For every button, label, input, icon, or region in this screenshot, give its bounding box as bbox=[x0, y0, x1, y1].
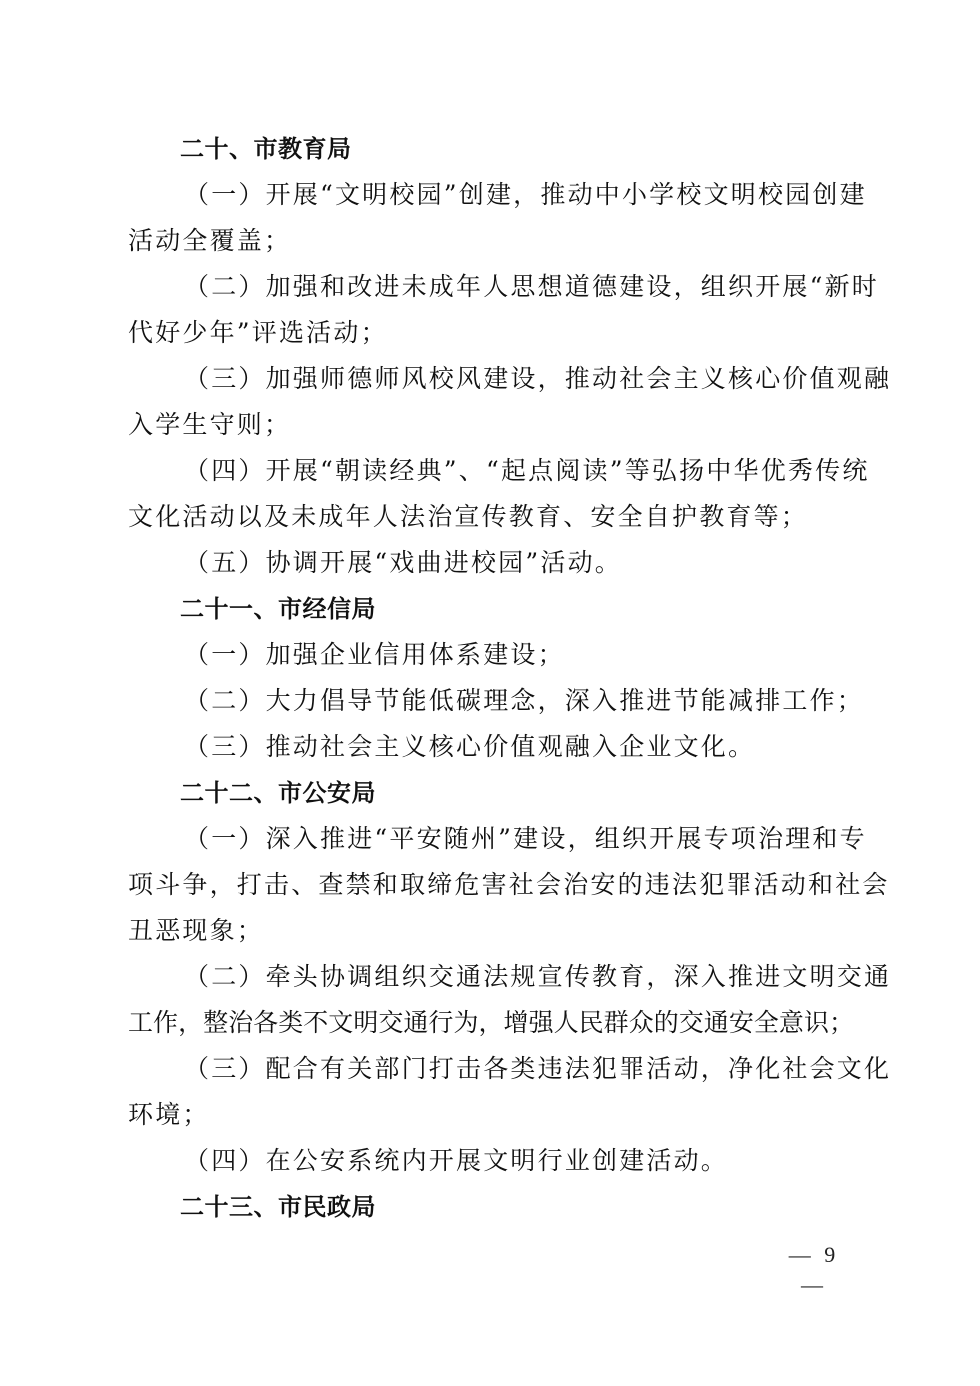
section-heading: 二十三、市民政局 bbox=[128, 1184, 854, 1230]
paragraph-line: 丑恶现象； bbox=[128, 908, 854, 954]
paragraph-line: （一）开展“文明校园”创建，推动中小学校文明校园创建 bbox=[128, 172, 854, 218]
paragraph-line: 环境； bbox=[128, 1092, 854, 1138]
paragraph-line: 文化活动以及未成年人法治宣传教育、安全自护教育等； bbox=[128, 494, 854, 540]
paragraph-line: （四）开展“朝读经典”、“起点阅读”等弘扬中华优秀传统 bbox=[128, 448, 854, 494]
paragraph-line: （五）协调开展“戏曲进校园”活动。 bbox=[128, 540, 854, 586]
paragraph-line: （二）大力倡导节能低碳理念，深入推进节能减排工作； bbox=[128, 678, 854, 724]
document-body: 二十、市教育局 （一）开展“文明校园”创建，推动中小学校文明校园创建 活动全覆盖… bbox=[128, 126, 854, 1230]
section-heading: 二十、市教育局 bbox=[128, 126, 854, 172]
paragraph-line: （四）在公安系统内开展文明行业创建活动。 bbox=[128, 1138, 854, 1184]
paragraph-line: 代好少年”评选活动； bbox=[128, 310, 854, 356]
paragraph-line: （二）牵头协调组织交通法规宣传教育，深入推进文明交通 bbox=[128, 954, 854, 1000]
paragraph-line: （二）加强和改进未成年人思想道德建设，组织开展“新时 bbox=[128, 264, 854, 310]
paragraph-line: 活动全覆盖； bbox=[128, 218, 854, 264]
section-heading: 二十一、市经信局 bbox=[128, 586, 854, 632]
paragraph-line: （一）加强企业信用体系建设； bbox=[128, 632, 854, 678]
paragraph-line: 项斗争，打击、查禁和取缔危害社会治安的违法犯罪活动和社会 bbox=[128, 862, 854, 908]
paragraph-line: （一）深入推进“平安随州”建设，组织开展专项治理和专 bbox=[128, 816, 854, 862]
page-number: — 9 — bbox=[772, 1240, 856, 1270]
paragraph-line: （三）推动社会主义核心价值观融入企业文化。 bbox=[128, 724, 854, 770]
paragraph-line: （三）配合有关部门打击各类违法犯罪活动，净化社会文化 bbox=[128, 1046, 854, 1092]
section-heading: 二十二、市公安局 bbox=[128, 770, 854, 816]
paragraph-line: 入学生守则； bbox=[128, 402, 854, 448]
paragraph-line: （三）加强师德师风校风建设，推动社会主义核心价值观融 bbox=[128, 356, 854, 402]
paragraph-line: 工作，整治各类不文明交通行为，增强人民群众的交通安全意识； bbox=[128, 1000, 854, 1046]
